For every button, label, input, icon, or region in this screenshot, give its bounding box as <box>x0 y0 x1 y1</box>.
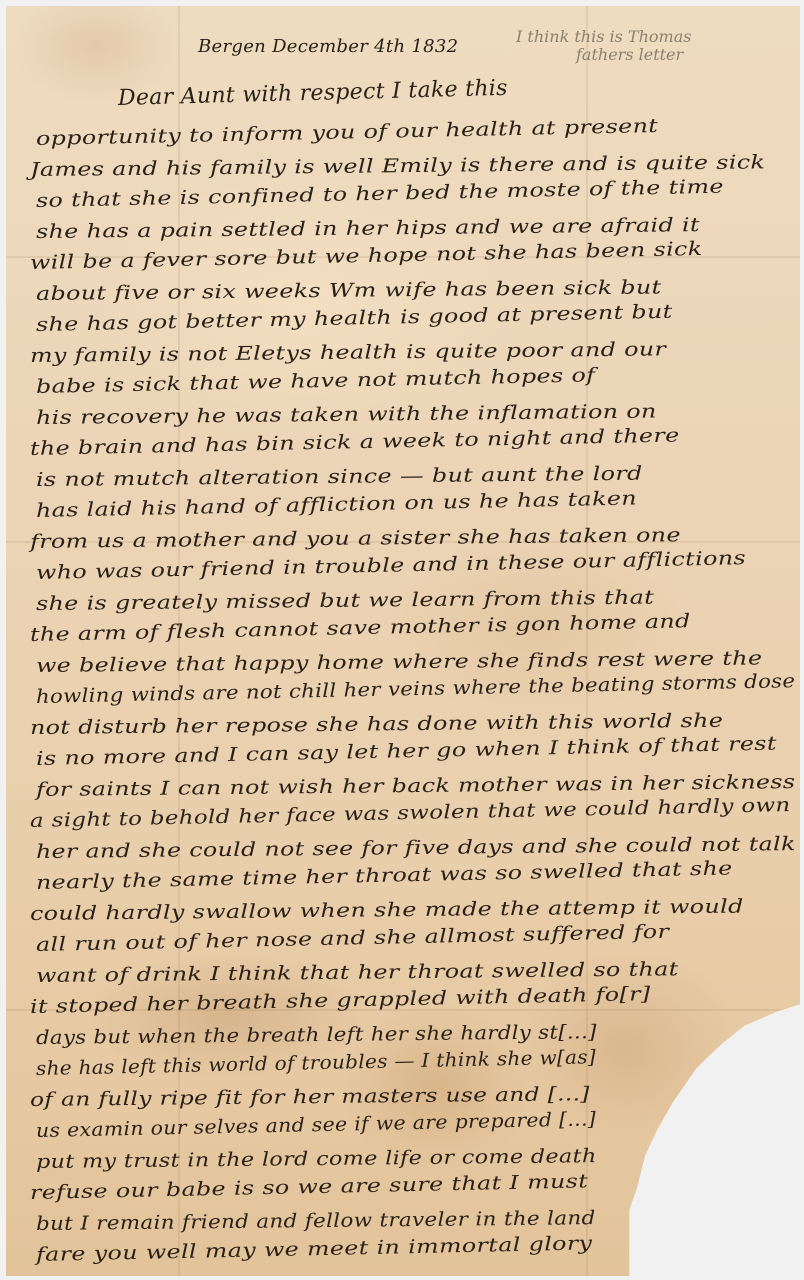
salutation: Dear Aunt with respect I take this <box>118 76 508 111</box>
letter-line: is not mutch alteration since — but aunt… <box>36 463 643 491</box>
letter-line: of an fully ripe fit for her masters use… <box>30 1083 590 1111</box>
letter-line: the arm of flesh cannot save mother is g… <box>30 610 691 646</box>
letter-line: she has got better my health is good at … <box>36 301 673 336</box>
letter-line: us examin our selves and see if we are p… <box>36 1108 597 1142</box>
letter-line: will be a fever sore but we hope not she… <box>30 238 703 274</box>
letter-line: babe is sick that we have not mutch hope… <box>36 364 596 398</box>
letter-photo: Bergen December 4th 1832 I think this is… <box>0 0 804 1280</box>
letter-line: not disturb her repose she has done with… <box>30 710 723 739</box>
letter-line: his recovery he was taken with the infla… <box>36 401 657 429</box>
letter-line: has laid his hand of affliction on us he… <box>36 487 637 522</box>
letter-line: the brain and has bin sick a week to nig… <box>30 424 680 460</box>
letter-line: days but when the breath left her she ha… <box>36 1021 597 1049</box>
annotation-line: fathers letter <box>516 46 691 64</box>
letter-line: is no more and I can say let her go when… <box>36 732 777 770</box>
dateline: Bergen December 4th 1832 <box>198 36 458 57</box>
letter-line: so that she is confined to her bed the m… <box>36 176 724 212</box>
letter-line: all run out of her nose and she allmost … <box>36 921 670 956</box>
letter-line: opportunity to inform you of our health … <box>36 115 659 150</box>
letter-line: she is greately missed but we learn from… <box>36 587 654 615</box>
letter-line: who was our friend in trouble and in the… <box>36 547 746 584</box>
letter-line: nearly the same time her throat was so s… <box>36 857 733 894</box>
letter-line: refuse our babe is so we are sure that I… <box>30 1170 589 1204</box>
letter-line: about five or six weeks Wm wife has been… <box>36 276 662 305</box>
margin-annotation: I think this is Thomas fathers letter <box>516 28 691 64</box>
letter-line: put my trust in the lord come life or co… <box>36 1145 597 1173</box>
letter-line: want of drink I think that her throat sw… <box>36 958 679 987</box>
annotation-line: I think this is Thomas <box>516 28 691 46</box>
letter-line: she has a pain settled in her hips and w… <box>36 214 700 243</box>
letter-line: fare you well may we meet in immortal gl… <box>36 1232 593 1266</box>
letter-line: she has left this world of troubles — I … <box>36 1046 596 1080</box>
paper-sheet: Bergen December 4th 1832 I think this is… <box>6 6 800 1276</box>
letter-line: my family is not Eletys health is quite … <box>30 338 666 367</box>
letter-line: from us a mother and you a sister she ha… <box>30 524 681 553</box>
letter-line: it stoped her breath she grappled with d… <box>30 983 651 1018</box>
letter-line: but I remain friend and fellow traveler … <box>36 1207 596 1235</box>
